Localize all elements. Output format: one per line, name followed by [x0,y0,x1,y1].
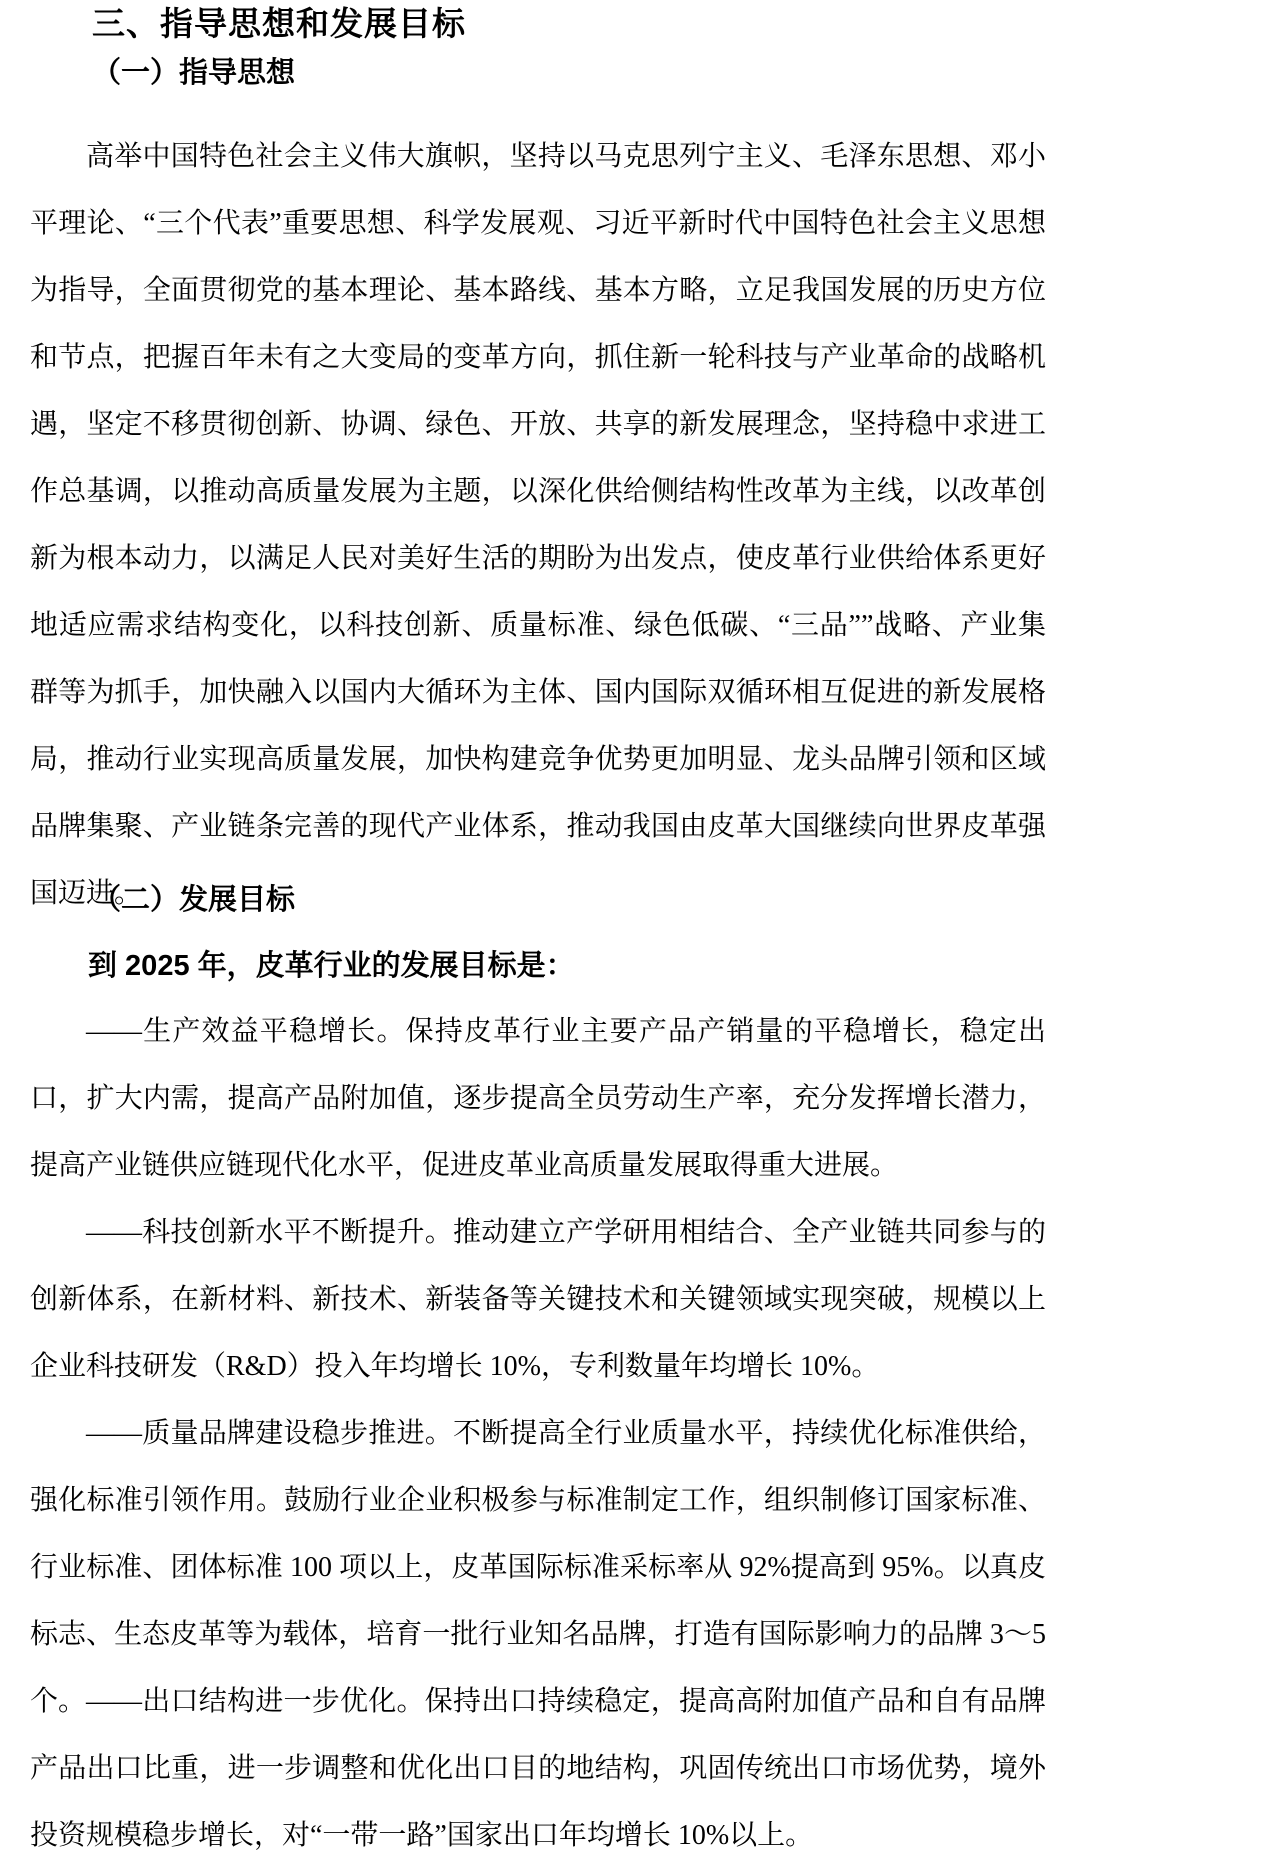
paragraph-goal-export-structure: ——出口结构进一步优化。保持出口持续稳定，提高高附加值产品和自有品牌产品出口比重… [30,1668,1046,1869]
section-heading-guiding-ideology: （一）指导思想 [92,40,295,107]
paragraph-goal-production-growth: ——生产效益平稳增长。保持皮革行业主要产品产销量的平稳增长，稳定出口，扩大内需，… [30,998,1046,1199]
section-heading-development-goals: （二）发展目标 [92,867,295,934]
paragraph-guiding-ideology: 高举中国特色社会主义伟大旗帜，坚持以马克思列宁主义、毛泽东思想、邓小平理论、“三… [30,123,1046,927]
document-page: 三、指导思想和发展目标 （一）指导思想 高举中国特色社会主义伟大旗帜，坚持以马克… [0,0,1280,1872]
paragraph-goal-tech-innovation: ——科技创新水平不断提升。推动建立产学研用相结合、全产业链共同参与的创新体系，在… [30,1199,1046,1400]
development-goals-lead-sentence: 到 2025 年，皮革行业的发展目标是： [30,933,1046,1000]
